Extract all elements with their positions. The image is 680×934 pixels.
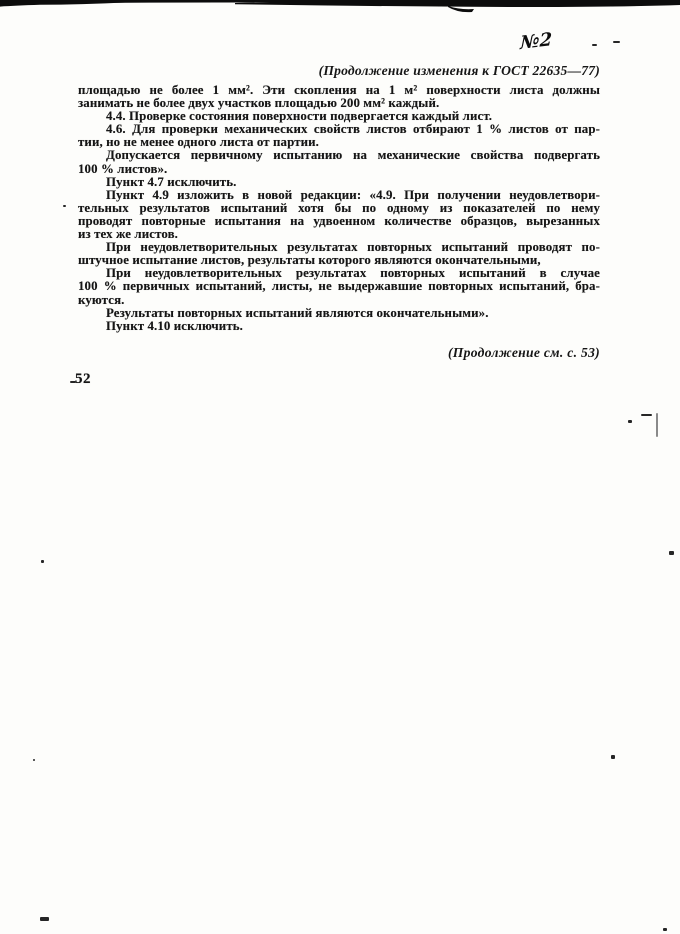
handwritten-annotation: №2 (520, 29, 552, 54)
scanned-document-page: №2 (Продолжение изменения к ГОСТ 22635—7… (0, 0, 680, 934)
scan-speck (641, 414, 652, 416)
scan-speck (41, 560, 44, 563)
text-line: тельных результатов испытаний хотя бы по… (78, 202, 600, 215)
scan-speck (33, 759, 35, 761)
page-number: 52 (75, 371, 91, 388)
scan-speck (611, 755, 615, 759)
header-continuation-note: (Продолжение изменения к ГОСТ 22635—77) (78, 63, 600, 79)
scan-speck (40, 917, 49, 921)
text-line: Пункт 4.7 исключить. (78, 176, 600, 189)
text-line: 100 % первичных испытаний, листы, не выд… (78, 280, 600, 293)
scan-speck (663, 928, 667, 931)
text-line: Пункт 4.10 исключить. (78, 320, 600, 333)
scan-speck (70, 381, 76, 383)
scan-speck (613, 41, 620, 43)
scan-speck (628, 420, 632, 423)
document-body: площадью не более 1 мм². Эти скопления н… (78, 84, 600, 333)
scan-speck (592, 44, 597, 46)
text-line: куются. (78, 294, 600, 307)
scan-speck (669, 551, 674, 555)
text-line: 100 % листов». (78, 163, 600, 176)
text-line: Пункт 4.9 изложить в новой редакции: «4.… (78, 189, 600, 202)
text-line: Допускается первичному испытанию на меха… (78, 149, 600, 162)
scan-edge-artifact (0, 0, 680, 14)
scan-speck (63, 205, 66, 207)
scan-speck (656, 413, 658, 437)
text-line: Результаты повторных испытаний являются … (78, 307, 600, 320)
footer-continuation-note: (Продолжение см. с. 53) (78, 345, 600, 361)
